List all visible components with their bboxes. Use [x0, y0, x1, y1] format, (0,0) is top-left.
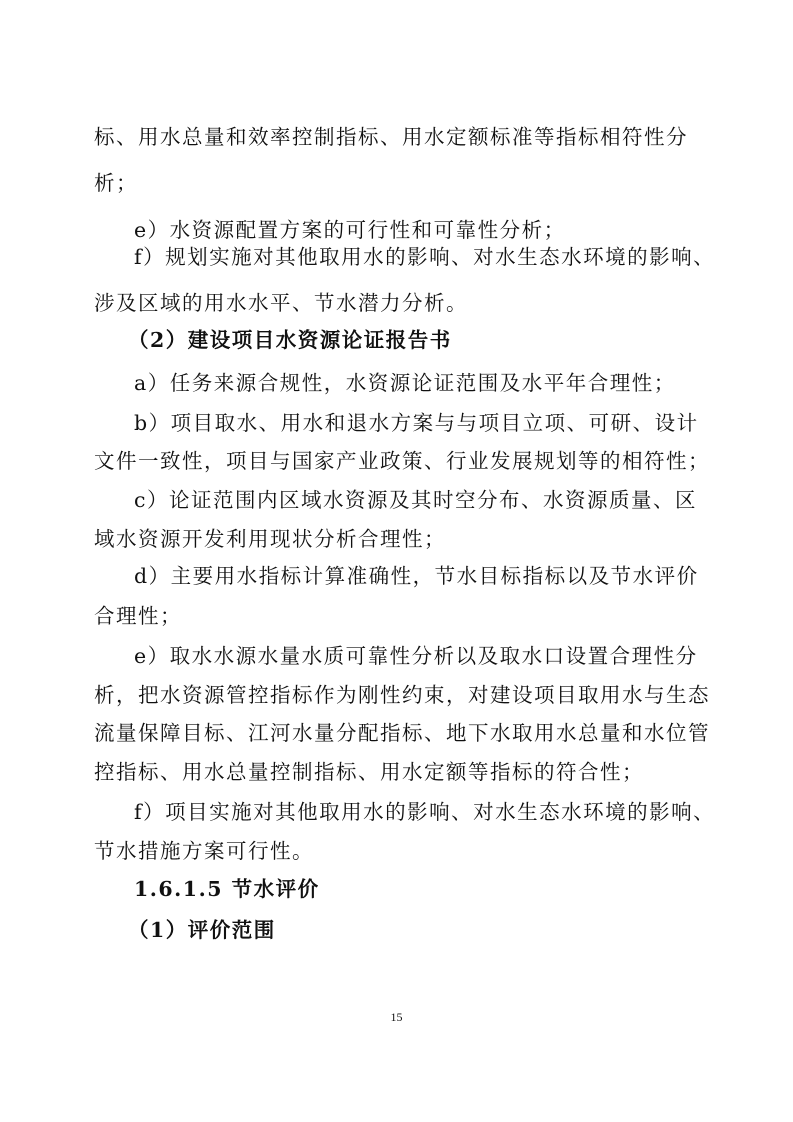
paragraph-line: 涉及区域的用水水平、节水潜力分析。 — [94, 290, 704, 316]
list-item-e-cont: 流量保障目标、江河水量分配指标、地下水取用水总量和水位管 — [94, 720, 704, 746]
document-page: 标、用水总量和效率控制指标、用水定额标准等指标相符性分 析； e）水资源配置方案… — [0, 0, 793, 1122]
list-item-d-cont: 合理性； — [94, 603, 704, 629]
list-item-a: a）任务来源合规性，水资源论证范围及水平年合理性； — [134, 370, 744, 396]
section-heading-2: （2）建设项目水资源论证报告书 — [128, 327, 738, 353]
list-item-e: e）水资源配置方案的可行性和可靠性分析； — [134, 217, 744, 243]
page-number: 15 — [0, 1010, 793, 1025]
list-item-e-cont: 析，把水资源管控指标作为刚性约束，对建设项目取用水与生态 — [94, 682, 704, 708]
list-item-f: f）规划实施对其他取用水的影响、对水生态水环境的影响、 — [134, 244, 744, 270]
list-item-b-cont: 文件一致性，项目与国家产业政策、行业发展规划等的相符性； — [94, 448, 704, 474]
list-item-c: c）论证范围内区域水资源及其时空分布、水资源质量、区 — [134, 487, 744, 513]
section-heading: 1.6.1.5 节水评价 — [134, 876, 744, 902]
list-item-b: b）项目取水、用水和退水方案与与项目立项、可研、设计 — [134, 410, 744, 436]
paragraph-line: 析； — [94, 170, 704, 196]
list-item-c-cont: 域水资源开发利用现状分析合理性； — [94, 526, 704, 552]
paragraph-line: 标、用水总量和效率控制指标、用水定额标准等指标相符性分 — [94, 124, 704, 150]
list-item-d: d）主要用水指标计算准确性，节水目标指标以及节水评价 — [134, 563, 744, 589]
list-item-f-cont: 节水措施方案可行性。 — [94, 838, 704, 864]
list-item-e: e）取水水源水量水质可靠性分析以及取水口设置合理性分 — [134, 643, 744, 669]
list-item-e-cont: 控指标、用水总量控制指标、用水定额等指标的符合性； — [94, 759, 704, 785]
subsection-heading: （1）评价范围 — [128, 917, 738, 943]
list-item-f: f）项目实施对其他取用水的影响、对水生态水环境的影响、 — [134, 799, 744, 825]
